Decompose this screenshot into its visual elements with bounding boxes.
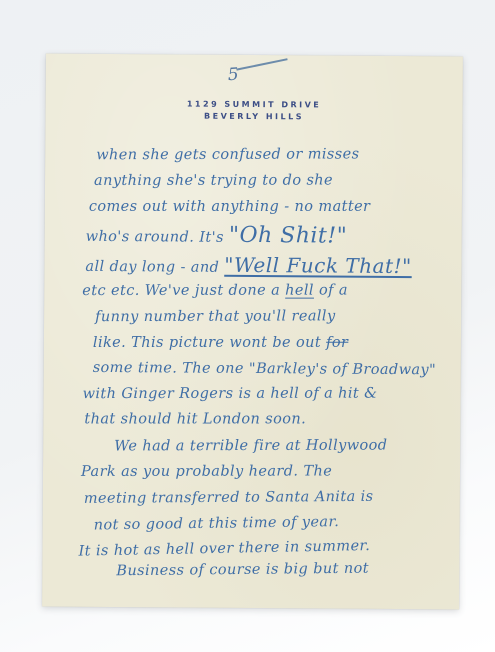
letter-line-text: etc etc. We've just done a (82, 283, 285, 299)
letter-line: comes out with anything - no matter (89, 199, 371, 215)
letter-paper: 5 1129 SUMMIT DRIVE BEVERLY HILLS when s… (42, 54, 463, 610)
letter-line: funny number that you'll really (95, 308, 335, 325)
letter-line: anything she's trying to do she (94, 173, 333, 189)
page-number: 5 (227, 65, 239, 86)
letter-line-text: of a (314, 283, 348, 299)
letter-line: We had a terrible fire at Hollywood (114, 438, 387, 455)
letter-line: meeting transferred to Santa Anita is (84, 489, 374, 507)
letter-line: all day long - and "Well Fuck That!" (85, 252, 411, 278)
letter-line-text: like. This picture wont be out (93, 335, 326, 351)
letter-line-text: all day long - and (85, 259, 224, 276)
letterhead: 1129 SUMMIT DRIVE BEVERLY HILLS (45, 98, 462, 125)
photo-background: 5 1129 SUMMIT DRIVE BEVERLY HILLS when s… (0, 0, 495, 652)
letter-line: like. This picture wont be out for (93, 335, 348, 351)
letter-line: etc etc. We've just done a hell of a (82, 283, 348, 299)
letter-line: It is hot as hell over there in summer. (78, 538, 370, 560)
letter-line: who's around. It's "Oh Shit!" (86, 222, 348, 249)
letter-line: that should hit London soon. (84, 412, 306, 428)
letter-line: with Ginger Rogers is a hell of a hit & (83, 386, 378, 403)
underlined-word: hell (285, 283, 314, 299)
letter-line-text: who's around. It's (86, 229, 229, 246)
emphasized-phrase: "Oh Shit!" (229, 223, 348, 249)
letterhead-city-line: BEVERLY HILLS (45, 110, 462, 125)
letter-line: some time. The one "Barkley's of Broadwa… (93, 360, 436, 378)
emphasized-underlined-phrase: "Well Fuck That!" (224, 253, 412, 278)
letter-line: Business of course is big but not (116, 561, 369, 580)
pen-flourish (236, 58, 287, 70)
letter-line: not so good at this time of year. (94, 514, 340, 533)
letter-line: when she gets confused or misses (96, 146, 359, 163)
letter-line: Park as you probably heard. The (81, 463, 332, 479)
crossed-out-word: for (326, 335, 348, 351)
